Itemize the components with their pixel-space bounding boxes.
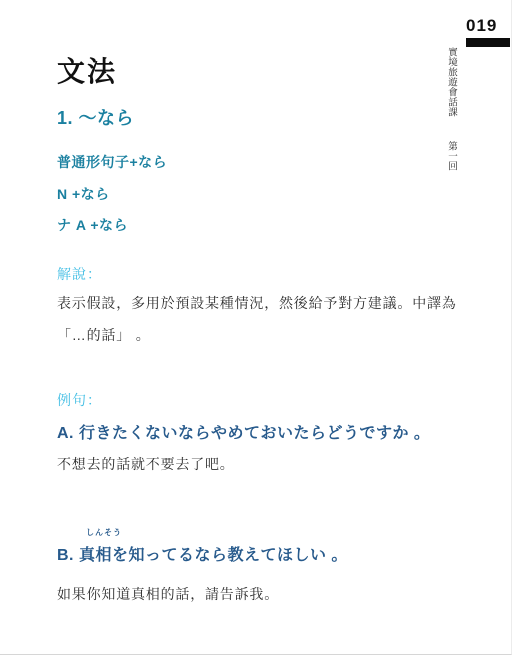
page-title: 文法: [57, 50, 117, 90]
grammar-pattern: N +なら: [57, 184, 110, 204]
examples-label: 例句：: [57, 390, 102, 410]
page-number-bar: [466, 38, 510, 47]
explanation-label: 解說：: [57, 264, 102, 284]
example-translation-chinese: 不想去的話就不要去了吧。: [57, 454, 235, 474]
grammar-pattern: 普通形句子+なら: [57, 152, 167, 172]
explanation-text-line: 「…的話」 。: [57, 325, 151, 345]
example-sentence-japanese: B. 真相を知ってるなら教えてほしい 。: [57, 542, 348, 565]
example-translation-chinese: 如果你知道真相的話，請告訴我。: [57, 584, 279, 604]
textbook-page: 019 實境旅遊會話課第一回 文法 1. ～なら 普通形句子+なら N +なら …: [0, 0, 512, 655]
grammar-pattern: ナ A +なら: [57, 215, 128, 235]
lesson-number-vertical: 第一回: [446, 141, 457, 171]
example-sentence-japanese: A. 行きたくないならやめておいたらどうですか 。: [57, 420, 430, 443]
explanation-text-line: 表示假設，多用於預設某種情況，然後給予對方建議。中譯為: [57, 293, 457, 313]
book-title-vertical: 實境旅遊會話課: [446, 47, 457, 117]
sidebar-vertical-text: 實境旅遊會話課第一回: [445, 47, 457, 171]
page-number: 019: [466, 16, 510, 39]
grammar-section-heading: 1. ～なら: [57, 104, 134, 130]
furigana-reading: しんそう: [86, 527, 122, 538]
